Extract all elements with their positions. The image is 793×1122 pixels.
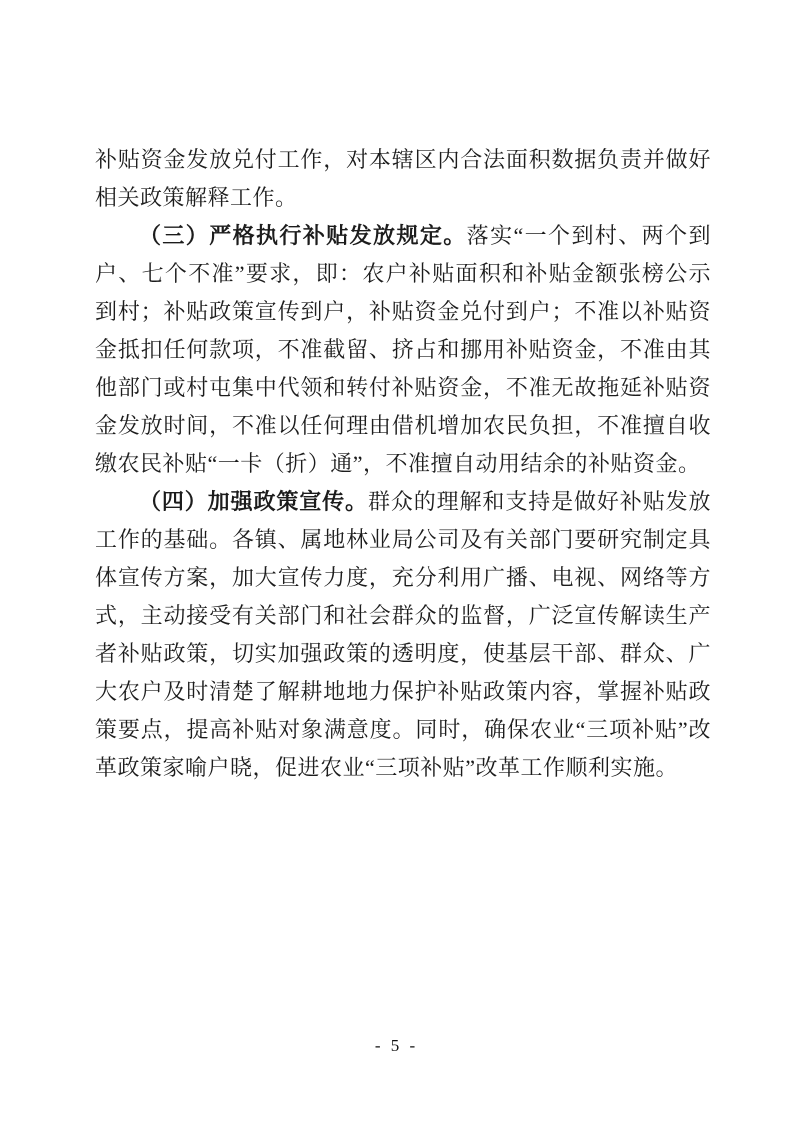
paragraph-lead: （三）严格执行补贴发放规定。	[139, 223, 467, 248]
paragraph-lead: （四）加强政策宣传。	[139, 489, 368, 514]
paragraph-continuation: 补贴资金发放兑付工作，对本辖区内合法面积数据负责并做好相关政策解释工作。	[95, 141, 711, 217]
paragraph-section-4: （四）加强政策宣传。群众的理解和支持是做好补贴发放工作的基础。各镇、属地林业局公…	[95, 483, 711, 787]
page-number: - 5 -	[0, 1036, 793, 1056]
paragraph-text: 落实“一个到村、两个到户、七个不准”要求，即：农户补贴面积和补贴金额张榜公示到村…	[95, 223, 711, 476]
document-page: 补贴资金发放兑付工作，对本辖区内合法面积数据负责并做好相关政策解释工作。 （三）…	[0, 0, 793, 1122]
paragraph-text: 群众的理解和支持是做好补贴发放工作的基础。各镇、属地林业局公司及有关部门要研究制…	[95, 489, 711, 780]
paragraph-text: 补贴资金发放兑付工作，对本辖区内合法面积数据负责并做好相关政策解释工作。	[95, 147, 711, 210]
paragraph-section-3: （三）严格执行补贴发放规定。落实“一个到村、两个到户、七个不准”要求，即：农户补…	[95, 217, 711, 483]
document-body: 补贴资金发放兑付工作，对本辖区内合法面积数据负责并做好相关政策解释工作。 （三）…	[95, 141, 711, 787]
